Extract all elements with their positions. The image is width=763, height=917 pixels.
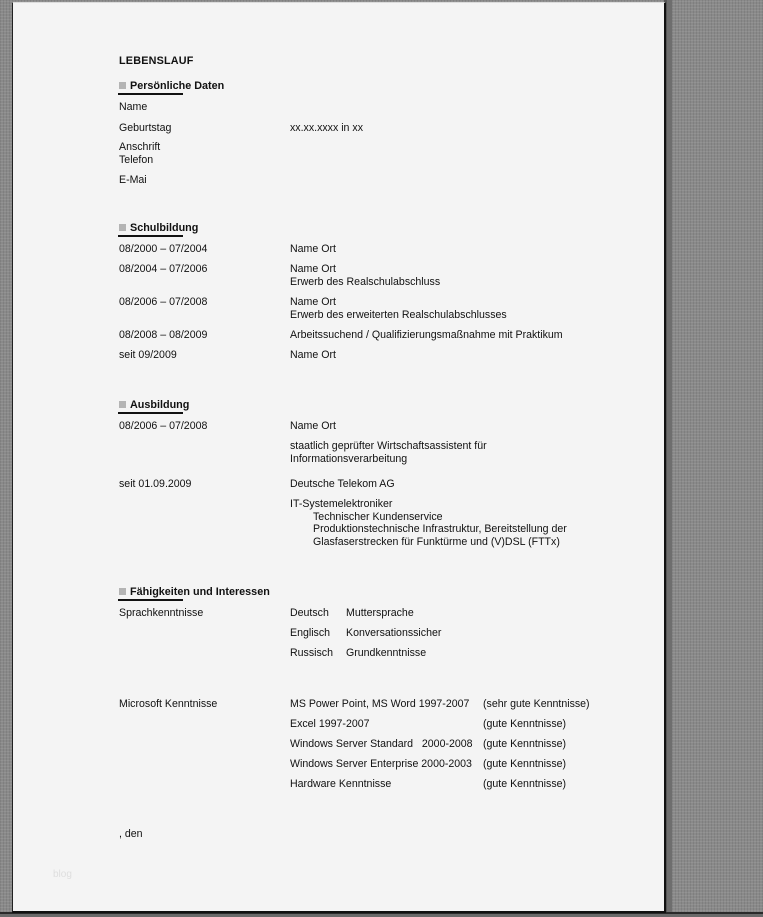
section-heading-training: Ausbildung xyxy=(119,399,189,412)
language-name: Englisch xyxy=(290,627,330,640)
school-entry: Name Ort xyxy=(290,296,336,309)
school-period: seit 09/2009 xyxy=(119,349,177,362)
school-entry: Name Ort xyxy=(290,263,336,276)
document-page: blog LEBENSLAUF Persönliche Daten Name G… xyxy=(12,2,666,913)
square-bullet-icon xyxy=(119,82,126,89)
microsoft-level: (sehr gute Kenntnisse) xyxy=(483,698,590,711)
school-entry-detail: Erwerb des erweiterten Realschulabschlus… xyxy=(290,309,507,322)
heading-underline xyxy=(118,93,183,95)
training-sub-entry: Technischer Kundenservice xyxy=(313,511,443,524)
microsoft-item: MS Power Point, MS Word 1997-2007 xyxy=(290,698,469,711)
training-period: 08/2006 – 07/2008 xyxy=(119,420,207,433)
microsoft-level: (gute Kenntnisse) xyxy=(483,758,566,771)
page-title: LEBENSLAUF xyxy=(119,55,194,68)
training-sub-entry: Produktionstechnische Infrastruktur, Ber… xyxy=(313,523,567,536)
label-address: Anschrift xyxy=(119,141,160,154)
training-period: seit 01.09.2009 xyxy=(119,478,191,491)
school-period: 08/2008 – 08/2009 xyxy=(119,329,207,342)
training-entry: IT-Systemelektroniker xyxy=(290,498,392,511)
training-entry: Deutsche Telekom AG xyxy=(290,478,395,491)
section-heading-school: Schulbildung xyxy=(119,222,198,235)
value-birthday: xx.xx.xxxx in xx xyxy=(290,122,363,135)
school-entry: Name Ort xyxy=(290,349,336,362)
background-shadow-right xyxy=(664,0,763,917)
school-entry-detail: Erwerb des Realschulabschluss xyxy=(290,276,440,289)
section-heading-skills: Fähigkeiten und Interessen xyxy=(119,586,270,599)
section-heading-personal: Persönliche Daten xyxy=(119,80,224,93)
label-name: Name xyxy=(119,101,147,114)
training-entry: staatlich geprüfter Wirtschaftsassistent… xyxy=(290,440,487,453)
school-entry: Arbeitssuchend / Qualifizierungsmaßnahme… xyxy=(290,329,563,342)
language-level: Konversationssicher xyxy=(346,627,441,640)
signature-line: , den xyxy=(119,828,143,841)
label-email: E-Mai xyxy=(119,174,147,187)
watermark: blog xyxy=(53,869,72,880)
microsoft-item: Excel 1997-2007 xyxy=(290,718,370,731)
square-bullet-icon xyxy=(119,401,126,408)
heading-underline xyxy=(118,412,183,414)
school-period: 08/2004 – 07/2006 xyxy=(119,263,207,276)
microsoft-label: Microsoft Kenntnisse xyxy=(119,698,217,711)
microsoft-item: Hardware Kenntnisse xyxy=(290,778,391,791)
language-level: Grundkenntnisse xyxy=(346,647,426,660)
school-period: 08/2006 – 07/2008 xyxy=(119,296,207,309)
label-phone: Telefon xyxy=(119,154,153,167)
training-entry: Name Ort xyxy=(290,420,336,433)
school-period: 08/2000 – 07/2004 xyxy=(119,243,207,256)
microsoft-item: Windows Server Enterprise 2000-2003 xyxy=(290,758,472,771)
training-sub-entry: Glasfaserstrecken für Funktürme und (V)D… xyxy=(313,536,560,549)
microsoft-item: Windows Server Standard 2000-2008 xyxy=(290,738,473,751)
school-entry: Name Ort xyxy=(290,243,336,256)
language-name: Russisch xyxy=(290,647,333,660)
language-level: Muttersprache xyxy=(346,607,414,620)
microsoft-level: (gute Kenntnisse) xyxy=(483,778,566,791)
languages-label: Sprachkenntnisse xyxy=(119,607,203,620)
heading-underline xyxy=(118,235,183,237)
heading-underline xyxy=(118,599,183,601)
square-bullet-icon xyxy=(119,588,126,595)
square-bullet-icon xyxy=(119,224,126,231)
microsoft-level: (gute Kenntnisse) xyxy=(483,738,566,751)
microsoft-level: (gute Kenntnisse) xyxy=(483,718,566,731)
language-name: Deutsch xyxy=(290,607,329,620)
training-entry: Informationsverarbeitung xyxy=(290,453,407,466)
label-birthday: Geburtstag xyxy=(119,122,171,135)
